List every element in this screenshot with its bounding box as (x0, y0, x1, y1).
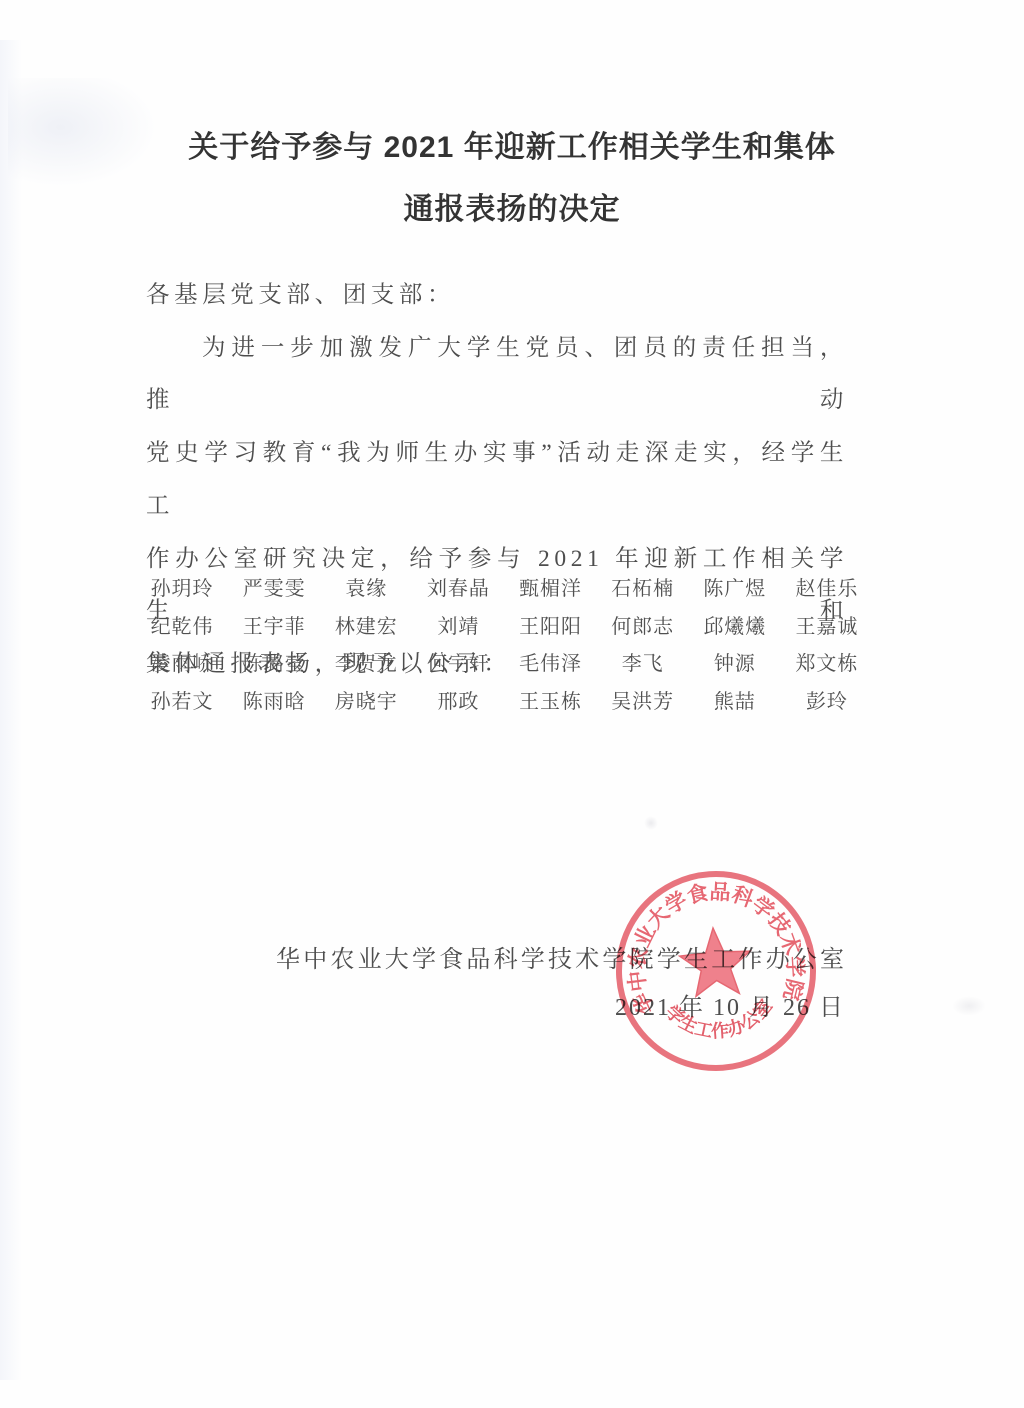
date-line: 2021 年 10 月 26 日 (615, 993, 845, 1023)
title-line-1: 关于给予参与 2021 年迎新工作相关学生和集体 (0, 117, 1024, 179)
name-item: 李贺龙 (320, 643, 412, 681)
name-item: 王嘉诚 (781, 606, 873, 644)
name-item: 王玉栋 (505, 681, 597, 719)
name-item: 孙若文 (136, 681, 228, 719)
body-line: 为进一步加激发广大学生党员、团员的责任担当，推动 (146, 322, 848, 427)
body-line: 党史学习教育“我为师生办实事”活动走深走实，经学生工 (146, 427, 848, 532)
name-item: 邢政 (412, 681, 504, 719)
name-item: 陈广煜 (689, 568, 781, 606)
salutation: 各基层党支部、团支部： (146, 269, 848, 322)
name-item: 毛伟泽 (505, 643, 597, 681)
name-item: 熊喆 (689, 681, 781, 719)
names-grid: 孙玥玲严雯雯袁缘刘春晶甄楣洋石柘楠陈广煜赵佳乐纪乾伟王宇菲林建宏刘靖王阳阳何郎志… (136, 568, 873, 718)
scan-strip-left (0, 40, 22, 1380)
name-item: 刘靖 (412, 606, 504, 644)
name-item: 严雯雯 (228, 568, 320, 606)
name-item: 王宇菲 (228, 606, 320, 644)
scan-dot (644, 816, 658, 830)
name-item: 袁缘 (320, 568, 412, 606)
name-item: 李飞 (597, 643, 689, 681)
name-item: 王阳阳 (505, 606, 597, 644)
name-item: 何郎志 (597, 606, 689, 644)
scan-smudge-right (952, 996, 986, 1016)
name-item: 甄楣洋 (505, 568, 597, 606)
name-item: 刘春晶 (412, 568, 504, 606)
name-item: 纪乾伟 (136, 606, 228, 644)
name-item: 吴洪芳 (597, 681, 689, 719)
name-item: 石柘楠 (597, 568, 689, 606)
name-item: 凌雨峤 (136, 643, 228, 681)
name-item: 陈璐莹 (228, 643, 320, 681)
name-item: 郑文栋 (781, 643, 873, 681)
name-item: 陈雨晗 (228, 681, 320, 719)
name-item: 房晓宇 (320, 681, 412, 719)
name-item: 赵佳乐 (781, 568, 873, 606)
title-line-2: 通报表扬的决定 (0, 179, 1024, 241)
document-title: 关于给予参与 2021 年迎新工作相关学生和集体 通报表扬的决定 (0, 117, 1024, 241)
name-item: 林建宏 (320, 606, 412, 644)
document-page: 关于给予参与 2021 年迎新工作相关学生和集体 通报表扬的决定 各基层党支部、… (0, 0, 1024, 1408)
name-item: 钟源 (689, 643, 781, 681)
name-item: 何宇轩 (412, 643, 504, 681)
name-item: 孙玥玲 (136, 568, 228, 606)
signature-line: 华中农业大学食品科学技术学院学生工作办公室 (276, 945, 847, 975)
name-item: 彭玲 (781, 681, 873, 719)
name-item: 邱爔爔 (689, 606, 781, 644)
